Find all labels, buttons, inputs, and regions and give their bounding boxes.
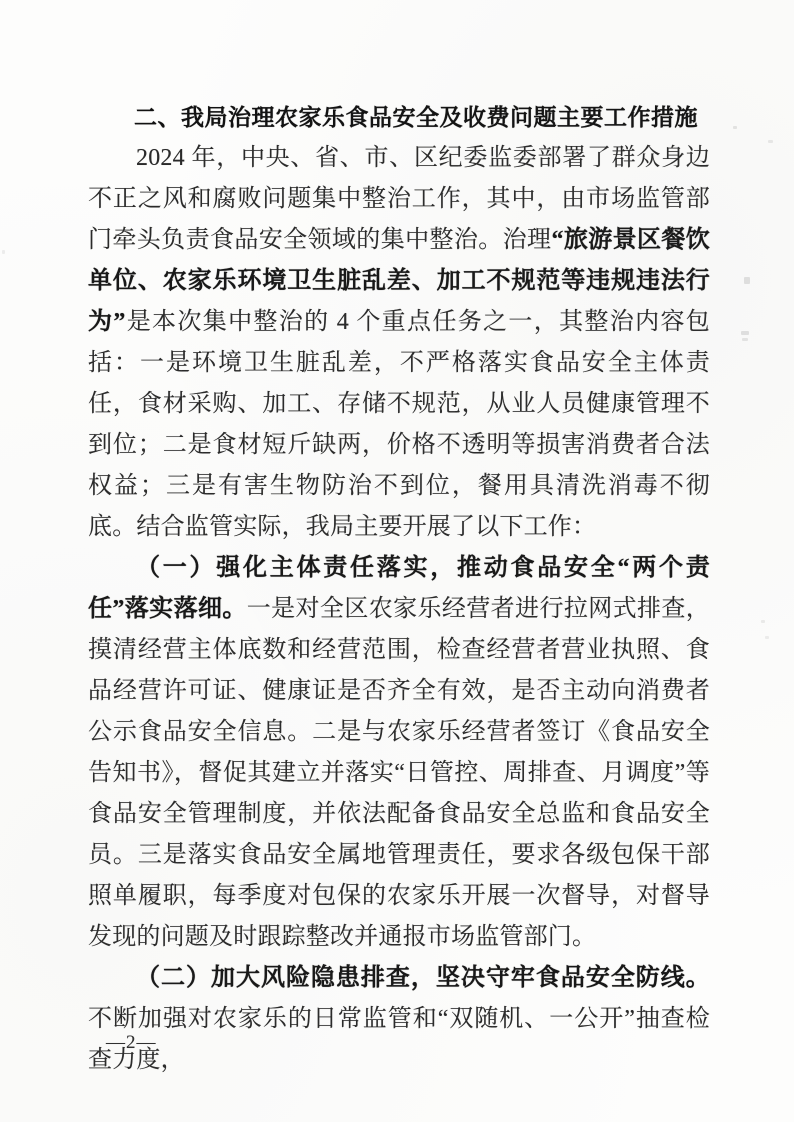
scan-artifact: [765, 636, 769, 639]
body-text: 是本次集中整治的 4 个重点任务之一，其整治内容包括：一是环境卫生脏乱差，不严格…: [88, 309, 710, 540]
page-number: —2—: [106, 1032, 157, 1054]
document-content: 二、我局治理农家乐食品安全及收费问题主要工作措施 2024 年，中央、省、市、区…: [88, 97, 710, 1081]
document-page: 二、我局治理农家乐食品安全及收费问题主要工作措施 2024 年，中央、省、市、区…: [0, 0, 794, 1122]
scan-artifact: [761, 620, 765, 623]
scan-artifact: [744, 277, 750, 284]
paragraph: （二）加大风险隐患排查，坚决守牢食品安全防线。不断加强对农家乐的日常监管和“双随…: [88, 958, 710, 1081]
scan-artifact: [768, 140, 773, 143]
paragraph: 2024 年，中央、省、市、区纪委监委部署了群众身边不正之风和腐败问题集中整治工…: [88, 138, 710, 548]
paragraph: （一）强化主体责任落实，推动食品安全“两个责任”落实落细。一是对全区农家乐经营者…: [88, 548, 710, 958]
section-heading: 二、我局治理农家乐食品安全及收费问题主要工作措施: [88, 97, 710, 138]
scan-artifact: [733, 126, 737, 129]
document-body: 2024 年，中央、省、市、区纪委监委部署了群众身边不正之风和腐败问题集中整治工…: [88, 138, 710, 1081]
scan-artifact: [742, 338, 748, 341]
scan-artifact: [741, 331, 749, 335]
scan-artifact: [2, 250, 5, 254]
body-text: 不断加强对农家乐的日常监管和“双随机、一公开”抽查检查力度，: [88, 1006, 710, 1073]
body-text: 一是对全区农家乐经营者进行拉网式排查，摸清经营主体底数和经营范围，检查经营者营业…: [88, 596, 710, 950]
emphasis-text: （二）加大风险隐患排查，坚决守牢食品安全防线。: [136, 965, 710, 991]
